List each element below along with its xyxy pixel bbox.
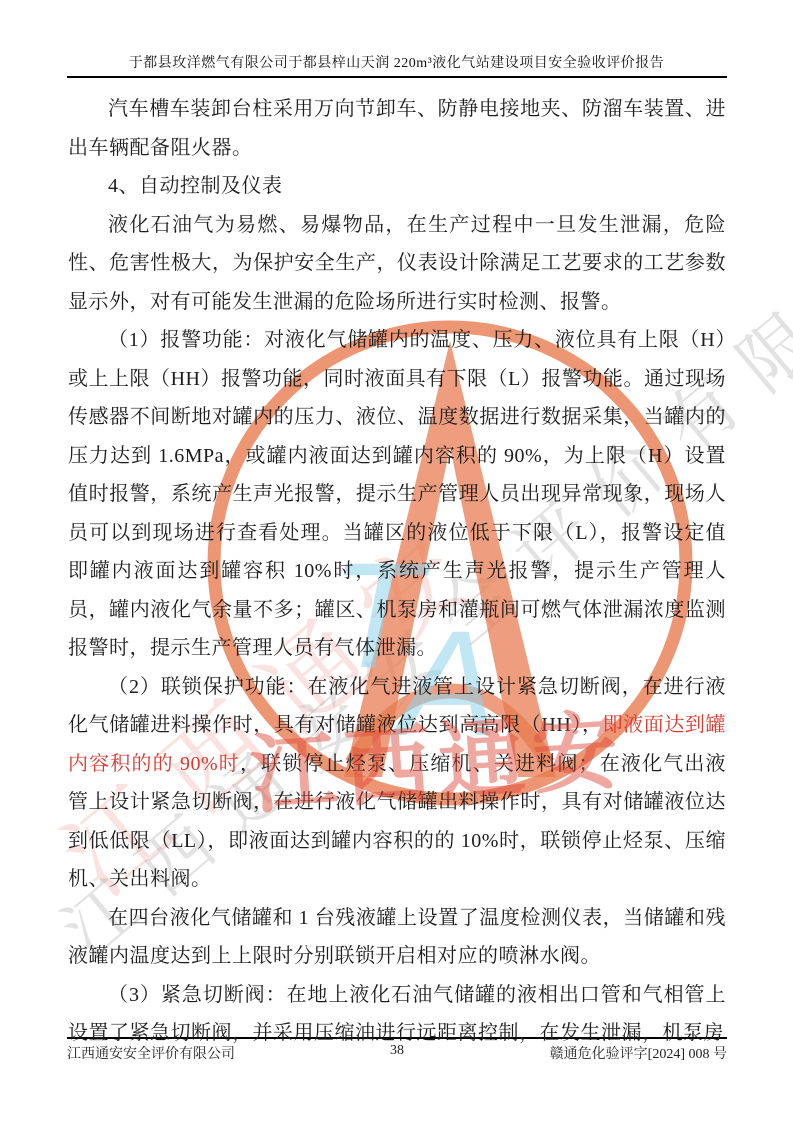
text-run: 在四台液化气储罐和 1 台残液罐上设置了温度检测仪表，当储罐和残液罐内温度达到上… bbox=[68, 907, 726, 968]
paragraph: 液化石油气为易燃、易爆物品，在生产过程中一旦发生泄漏，危险性、危害性极大，为保护… bbox=[68, 206, 726, 322]
footer-company-name: 江西通安安全评价有限公司 bbox=[67, 1043, 235, 1063]
page-footer: 38 江西通安安全评价有限公司 赣通危化验评字[2024] 008 号 bbox=[67, 1043, 727, 1063]
text-run: 液化石油气为易燃、易爆物品，在生产过程中一旦发生泄漏，危险性、危害性极大，为保护… bbox=[68, 214, 726, 313]
paragraph: （2）联锁保护功能：在液化气进液管上设计紧急切断阀，在进行液化气储罐进料操作时，… bbox=[68, 668, 726, 899]
document-body: 汽车槽车装卸台柱采用万向节卸车、防静电接地夹、防溜车装置、进出车辆配备阻火器。4… bbox=[68, 90, 726, 1053]
text-run: 4、自动控制及仪表 bbox=[108, 175, 283, 197]
paragraph: 汽车槽车装卸台柱采用万向节卸车、防静电接地夹、防溜车装置、进出车辆配备阻火器。 bbox=[68, 90, 726, 167]
header-rule bbox=[67, 76, 727, 78]
paragraph: 4、自动控制及仪表 bbox=[68, 167, 726, 206]
page-header-title: 于都县玫洋燃气有限公司于都县梓山天润 220m³液化气站建设项目安全验收评价报告 bbox=[0, 52, 793, 72]
text-run: （3）紧急切断阀：在地上液化石油气储罐的液相出口管和气相管上设置了紧急切断阀，并… bbox=[68, 984, 726, 1045]
document-page: 江西通安安全评价有限公司 江西通安 T A 江西通安 于都县玫洋燃气有限公司于都… bbox=[0, 0, 793, 1122]
paragraph: （1）报警功能：对液化气储罐内的温度、压力、液位具有上限（H）或上上限（HH）报… bbox=[68, 321, 726, 668]
footer-doc-number: 赣通危化验评字[2024] 008 号 bbox=[550, 1043, 727, 1063]
text-run: （1）报警功能：对液化气储罐内的温度、压力、液位具有上限（H）或上上限（HH）报… bbox=[68, 329, 726, 659]
paragraph: （3）紧急切断阀：在地上液化石油气储罐的液相出口管和气相管上设置了紧急切断阀，并… bbox=[68, 976, 726, 1053]
paragraph: 在四台液化气储罐和 1 台残液罐上设置了温度检测仪表，当储罐和残液罐内温度达到上… bbox=[68, 899, 726, 976]
text-run: 汽车槽车装卸台柱采用万向节卸车、防静电接地夹、防溜车装置、进出车辆配备阻火器。 bbox=[68, 98, 726, 159]
